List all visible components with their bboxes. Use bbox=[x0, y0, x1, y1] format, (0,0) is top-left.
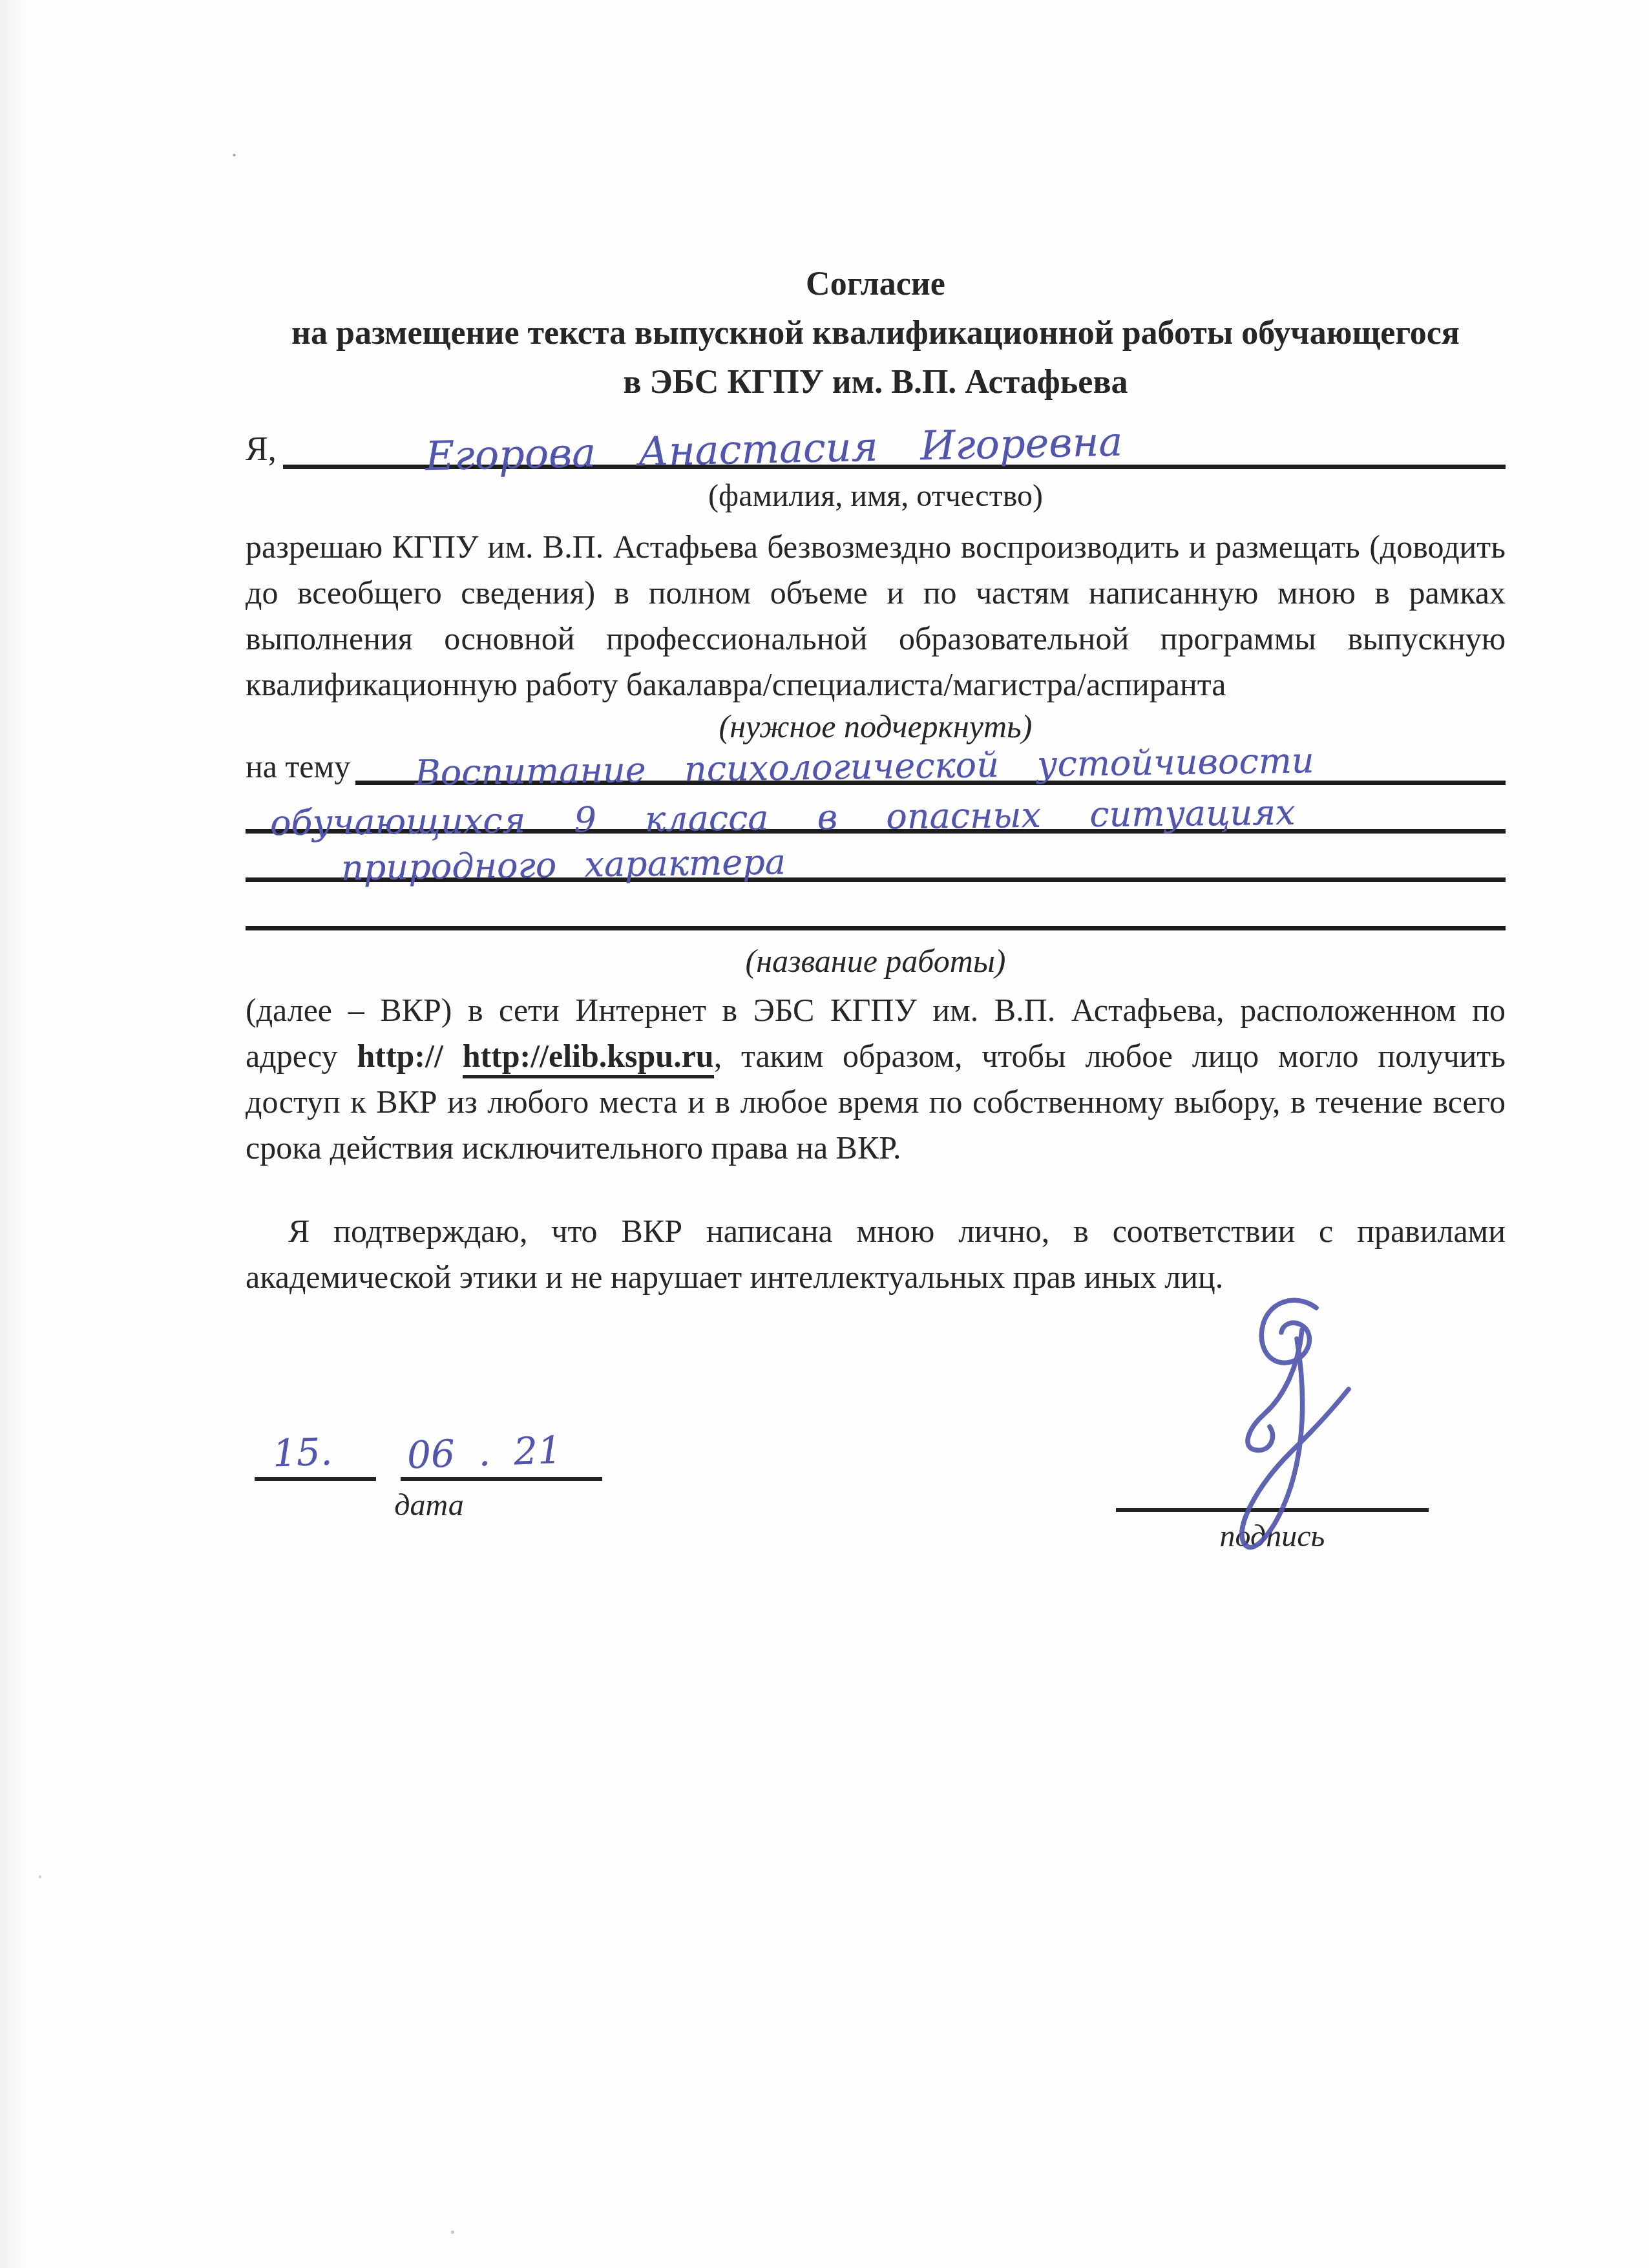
title-line-2: на размещение текста выпускной квалифика… bbox=[246, 309, 1506, 358]
date-fill-lines: 15. 06 . 21 bbox=[255, 1403, 604, 1481]
scan-speck bbox=[233, 154, 236, 156]
underline-note: (нужное подчеркнуть) bbox=[246, 708, 1506, 745]
paragraph-line: разрешаю КГПУ им. В.П. Астафьева безвозм… bbox=[246, 524, 1506, 570]
paragraph-line: Я подтверждаю, что ВКР написана мною лич… bbox=[246, 1208, 1506, 1254]
topic-fill-line-3: природного характера bbox=[246, 834, 1506, 882]
repository-url: http://elib.kspu.ru bbox=[463, 1038, 714, 1078]
name-fill-line: Егорова Анастасия Игоревна bbox=[283, 417, 1506, 469]
access-line2-prefix: адресу bbox=[246, 1038, 338, 1074]
permission-paragraph: разрешаю КГПУ им. В.П. Астафьева безвозм… bbox=[246, 524, 1506, 708]
paragraph-line: (далее – ВКР) в сети Интернет в ЭБС КГПУ… bbox=[246, 987, 1506, 1033]
date-line-day: 15. bbox=[255, 1400, 376, 1481]
scanned-consent-form-page: Согласие на размещение текста выпускной … bbox=[0, 0, 1649, 2268]
declarant-row: Я, Егорова Анастасия Игоревна bbox=[246, 421, 1506, 469]
handwritten-date-month-year: 06 . 21 bbox=[406, 1428, 562, 1477]
topic-row: на тему Воспитание психологической устой… bbox=[246, 745, 1506, 785]
topic-fill-line-2: обучающихся 9 класса в опасных ситуациях bbox=[246, 785, 1506, 834]
signoff-area: 15. 06 . 21 дата подпись bbox=[246, 1300, 1506, 1882]
paragraph-line: академической этики и не нарушает интелл… bbox=[246, 1254, 1506, 1300]
title-line-3: в ЭБС КГПУ им. В.П. Астафьева bbox=[246, 358, 1506, 407]
signature-block: подпись bbox=[1116, 1431, 1429, 1554]
handwritten-date-day: 15. bbox=[272, 1429, 333, 1475]
date-line-month-year: 06 . 21 bbox=[401, 1400, 602, 1481]
handwritten-topic-line-3: природного характера bbox=[341, 841, 786, 888]
access-line2-rest: , таким образом, чтобы любое лицо могло … bbox=[714, 1038, 1506, 1074]
paragraph-line: до всеобщего сведения) в полном объеме и… bbox=[246, 570, 1506, 616]
date-block: 15. 06 . 21 дата bbox=[255, 1403, 604, 1523]
paragraph-line: доступ к ВКР из любого места и в любое в… bbox=[246, 1079, 1506, 1125]
url-scheme: http:// bbox=[357, 1038, 443, 1074]
paragraph-line: адресу http:// http://elib.kspu.ru, таки… bbox=[246, 1033, 1506, 1079]
declarant-prefix: Я, bbox=[246, 430, 283, 469]
handwritten-name: Егорова Анастасия Игоревна bbox=[425, 418, 1123, 480]
document-content: Согласие на размещение текста выпускной … bbox=[246, 0, 1506, 1882]
topic-fill-line-4 bbox=[246, 882, 1506, 930]
work-title-caption: (название работы) bbox=[246, 942, 1506, 980]
scan-speck bbox=[451, 2231, 454, 2234]
scan-speck bbox=[39, 1875, 41, 1878]
signature-fill-line bbox=[1116, 1431, 1429, 1512]
date-label: дата bbox=[255, 1487, 604, 1523]
name-caption: (фамилия, имя, отчество) bbox=[246, 478, 1506, 514]
confirmation-paragraph: Я подтверждаю, что ВКР написана мною лич… bbox=[246, 1208, 1506, 1300]
document-title: Согласие на размещение текста выпускной … bbox=[246, 260, 1506, 407]
paragraph-line: квалификационную работу бакалавра/специа… bbox=[246, 662, 1506, 708]
topic-label: на тему bbox=[246, 748, 355, 785]
paragraph-line: выполнения основной профессиональной обр… bbox=[246, 616, 1506, 662]
access-paragraph: (далее – ВКР) в сети Интернет в ЭБС КГПУ… bbox=[246, 987, 1506, 1171]
signature-label: подпись bbox=[1116, 1518, 1429, 1554]
topic-fill-line-1: Воспитание психологической устойчивости bbox=[355, 740, 1506, 785]
title-line-1: Согласие bbox=[246, 260, 1506, 309]
paragraph-line: срока действия исключительного права на … bbox=[246, 1125, 1506, 1171]
scanner-edge-shadow bbox=[0, 0, 30, 2268]
